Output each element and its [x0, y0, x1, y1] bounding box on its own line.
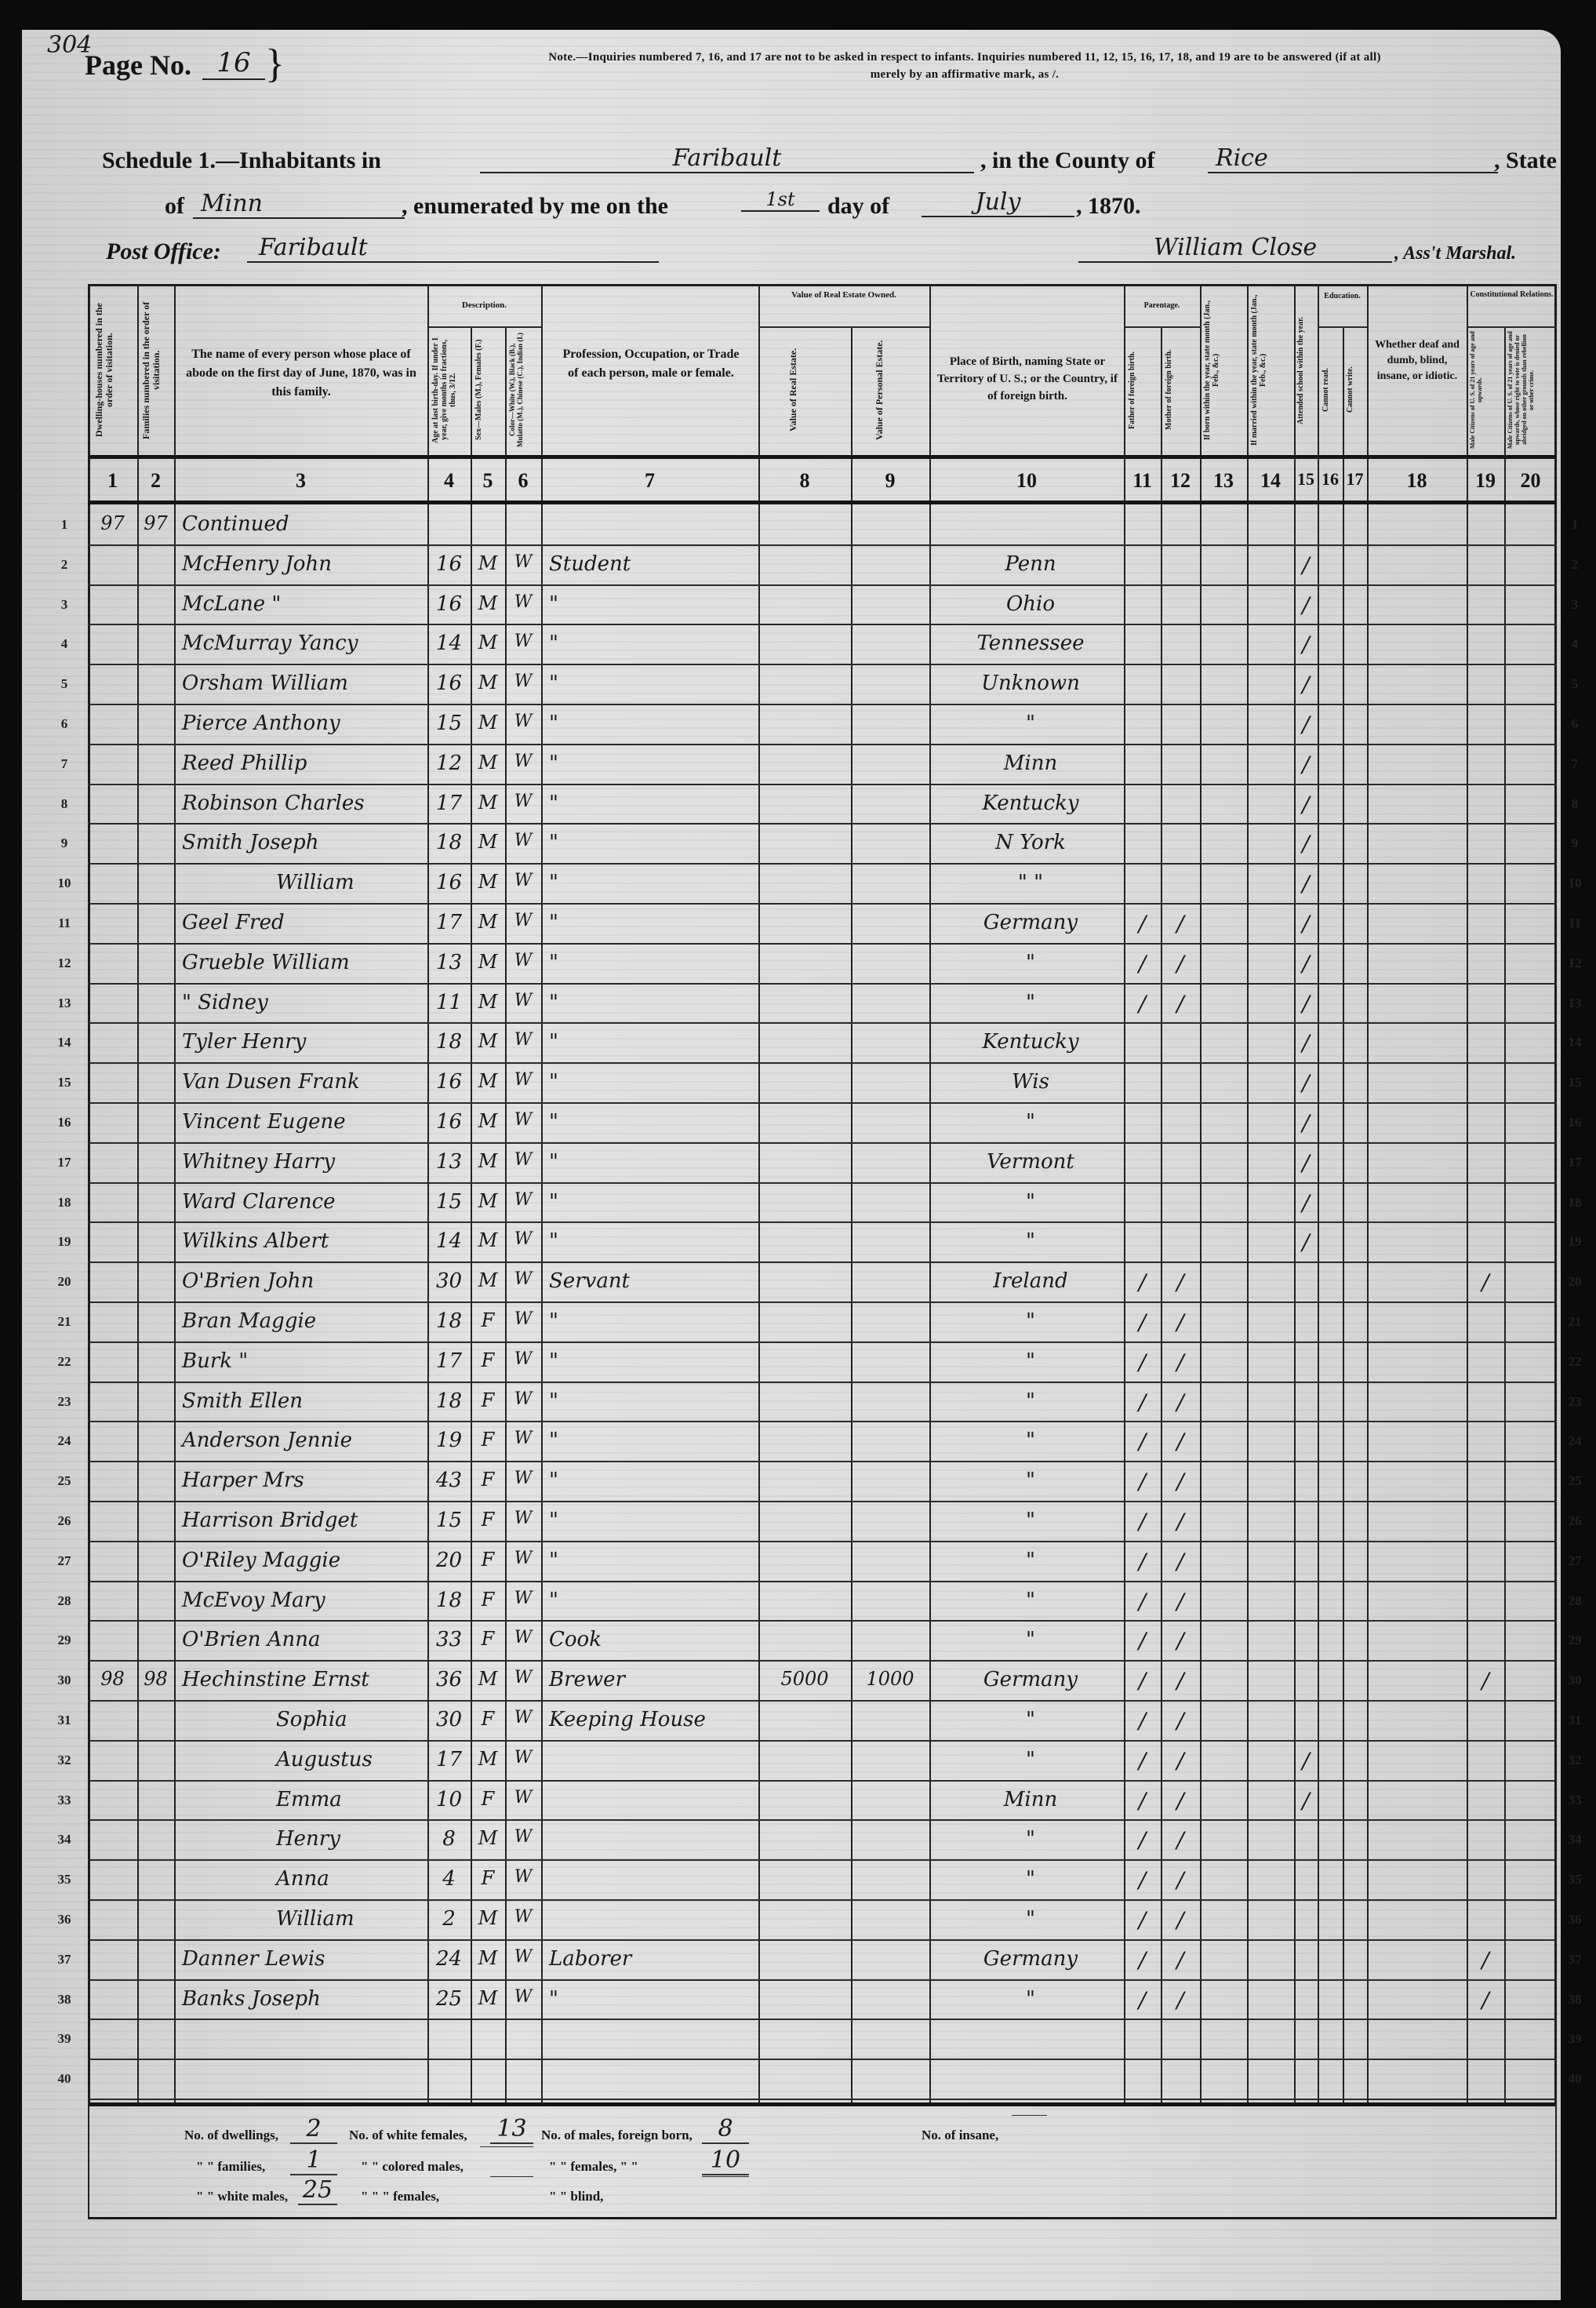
birthplace: " [937, 1827, 1124, 1851]
row-rule [88, 1382, 1557, 1383]
occupation: " [549, 951, 757, 974]
mother-foreign-mark: / [1161, 1708, 1200, 1734]
person-name: William [182, 1907, 425, 1931]
age: 18 [427, 1589, 471, 1612]
age: 30 [427, 1269, 471, 1293]
birthplace: " [937, 712, 1124, 735]
occupation: " [549, 1469, 757, 1492]
occupation: " [549, 991, 757, 1014]
white-females-label: No. of white females, [349, 2128, 467, 2143]
age: 24 [427, 1947, 471, 1971]
age: 4 [427, 1867, 471, 1891]
age: 17 [427, 1748, 471, 1771]
school-mark: / [1294, 1150, 1318, 1176]
person-name: Grueble William [182, 951, 425, 974]
color: W [505, 1907, 541, 1927]
col-num-3: 3 [174, 469, 427, 493]
occupation: " [549, 831, 757, 854]
school-mark: / [1294, 1190, 1318, 1216]
colored-males-value [480, 2146, 533, 2147]
father-foreign-mark: / [1124, 1349, 1161, 1375]
line-number: 10 [1559, 876, 1591, 891]
occupation: Cook [549, 1628, 757, 1651]
col-header-4: Age at last birth-day. If under 1 year, … [431, 331, 467, 449]
mother-foreign-mark: / [1161, 1269, 1200, 1295]
line-number: 33 [1559, 1793, 1591, 1808]
birthplace: " [937, 1509, 1124, 1532]
birthplace: " [937, 1748, 1124, 1771]
age: 18 [427, 1030, 471, 1054]
mother-foreign-mark: / [1161, 1429, 1200, 1454]
line-number: 2 [1559, 557, 1591, 573]
row-rule [88, 1581, 1557, 1582]
sex: M [471, 592, 505, 614]
row-rule [88, 1979, 1557, 1981]
color: W [505, 1269, 541, 1289]
school-mark: / [1294, 712, 1318, 737]
white-females-value: 13 [490, 2115, 533, 2144]
line-number: 36 [1559, 1912, 1591, 1928]
sex: M [471, 831, 505, 853]
line-number: 15 [49, 1075, 80, 1090]
row-rule [88, 1541, 1557, 1542]
instructions-line-2: merely by an affirmative mark, as /. [388, 66, 1541, 83]
sex: M [471, 552, 505, 574]
line-number: 9 [49, 835, 80, 851]
line-number: 4 [49, 636, 80, 652]
school-mark: / [1294, 792, 1318, 817]
line-number: 17 [1559, 1155, 1591, 1170]
page-bottom-rule [88, 2217, 1557, 2219]
line-number: 37 [49, 1952, 80, 1968]
occupation: " [549, 1030, 757, 1054]
sex: M [471, 632, 505, 653]
color: W [505, 1349, 541, 1369]
col-num-8: 8 [758, 469, 851, 493]
col-header-9: Value of Personal Estate. [874, 331, 906, 449]
sex: M [471, 1070, 505, 1092]
sex: F [471, 1867, 505, 1889]
schedule-label: Schedule 1.—Inhabitants in [102, 147, 381, 174]
color: W [505, 1429, 541, 1448]
line-number: 26 [1559, 1513, 1591, 1529]
school-mark: / [1294, 1110, 1318, 1136]
row-rule [88, 1062, 1557, 1064]
line-number: 32 [1559, 1753, 1591, 1768]
age: 16 [427, 1110, 471, 1134]
line-number: 29 [49, 1633, 80, 1648]
father-foreign-mark: / [1124, 1668, 1161, 1694]
occupation: " [549, 1389, 757, 1413]
line-number: 39 [1559, 2031, 1591, 2047]
occupation: " [549, 592, 757, 616]
school-mark: / [1294, 1748, 1318, 1774]
row-rule [88, 2059, 1557, 2060]
col-num-9: 9 [851, 469, 929, 493]
line-number: 13 [1559, 996, 1591, 1011]
sex: M [471, 1269, 505, 1291]
age: 14 [427, 632, 471, 655]
birthplace: " [937, 1429, 1124, 1452]
row-rule [88, 544, 1557, 546]
year-label: , 1870. [1076, 193, 1141, 220]
school-mark: / [1294, 1788, 1318, 1814]
occupation: " [549, 1349, 757, 1373]
instructions: Note.—Inquiries numbered 7, 16, and 17 a… [388, 49, 1541, 83]
line-number: 31 [49, 1713, 80, 1728]
mother-foreign-mark: / [1161, 1549, 1200, 1574]
line-number: 33 [49, 1793, 80, 1808]
age: 16 [427, 672, 471, 695]
line-number: 9 [1559, 835, 1591, 851]
sex: F [471, 1389, 505, 1411]
families-value: 1 [290, 2146, 337, 2175]
birthplace: N York [937, 831, 1124, 854]
family-number: 97 [137, 512, 174, 534]
col-num-2: 2 [137, 469, 174, 493]
real-estate-value: 5000 [758, 1668, 851, 1690]
school-mark: / [1294, 1030, 1318, 1056]
column-divider [1343, 328, 1344, 2106]
col-num-1: 1 [88, 469, 137, 493]
group-rule [1124, 326, 1200, 328]
color: W [505, 1628, 541, 1647]
mother-foreign-mark: / [1161, 1469, 1200, 1494]
sex: M [471, 1190, 505, 1212]
col-num-7: 7 [541, 469, 758, 493]
line-number: 11 [49, 916, 80, 931]
birthplace: " [937, 1867, 1124, 1891]
row-rule [88, 863, 1557, 865]
sex: M [471, 991, 505, 1013]
mother-foreign-mark: / [1161, 1867, 1200, 1893]
color: W [505, 1867, 541, 1887]
birthplace: " [937, 1110, 1124, 1134]
line-number: 35 [1559, 1872, 1591, 1888]
line-number: 6 [49, 716, 80, 732]
citizen-mark: / [1467, 1668, 1504, 1694]
birthplace: Kentucky [937, 1030, 1124, 1054]
birthplace: " [937, 991, 1124, 1014]
age: 20 [427, 1549, 471, 1572]
col-num-10: 10 [929, 469, 1124, 493]
person-name: McHenry John [182, 552, 425, 576]
birthplace: Vermont [937, 1150, 1124, 1174]
line-number: 34 [1559, 1832, 1591, 1847]
mother-foreign-mark: / [1161, 1349, 1200, 1375]
day-field: 1st [741, 188, 820, 212]
row-rule [88, 1261, 1557, 1263]
row-rule [88, 903, 1557, 905]
father-foreign-mark: / [1124, 951, 1161, 977]
sex: M [471, 1907, 505, 1929]
sex: F [471, 1708, 505, 1730]
marshal-name: William Close [1078, 234, 1392, 263]
color: W [505, 1987, 541, 2007]
col-num-12: 12 [1161, 469, 1200, 493]
line-number: 12 [1559, 956, 1591, 971]
age: 43 [427, 1469, 471, 1492]
color: W [505, 1110, 541, 1130]
dwellings-label: No. of dwellings, [184, 2128, 278, 2143]
col-num-18: 18 [1367, 469, 1467, 493]
line-number: 18 [1559, 1195, 1591, 1210]
state-label: , State [1494, 147, 1557, 174]
color: W [505, 1229, 541, 1249]
birthplace: Tennessee [937, 632, 1124, 655]
occupation: " [549, 1150, 757, 1174]
line-number: 20 [49, 1274, 80, 1290]
row-rule [88, 1102, 1557, 1104]
group-rule [1318, 326, 1367, 328]
line-number: 30 [1559, 1673, 1591, 1688]
group-rule [427, 326, 541, 328]
occupation: Servant [549, 1269, 757, 1293]
age: 25 [427, 1987, 471, 2011]
age: 10 [427, 1788, 471, 1811]
sex: M [471, 752, 505, 774]
row-rule [88, 1620, 1557, 1622]
color: W [505, 991, 541, 1010]
color: W [505, 552, 541, 572]
color: W [505, 1150, 541, 1170]
col-header-19: Male Citizens of U. S. of 21 years of ag… [1469, 331, 1502, 449]
person-name: Harrison Bridget [182, 1509, 425, 1532]
column-divider [1247, 284, 1249, 2106]
line-number: 32 [49, 1753, 80, 1768]
person-name: Reed Phillip [182, 752, 425, 775]
line-number: 5 [1559, 676, 1591, 692]
mother-foreign-mark: / [1161, 1987, 1200, 2013]
family-number: 98 [137, 1668, 174, 1690]
age: 18 [427, 1309, 471, 1333]
header-rule [88, 455, 1557, 459]
column-divider [758, 284, 760, 2106]
line-number: 23 [49, 1394, 80, 1410]
color: W [505, 1389, 541, 1409]
color: W [505, 752, 541, 771]
age: 17 [427, 792, 471, 815]
color: W [505, 632, 541, 651]
father-foreign-mark: / [1124, 1269, 1161, 1295]
col-num-15: 15 [1294, 469, 1318, 490]
row-rule [88, 664, 1557, 665]
occupation: Brewer [549, 1668, 757, 1691]
color: W [505, 592, 541, 612]
sex: M [471, 1827, 505, 1849]
person-name: Danner Lewis [182, 1947, 425, 1971]
line-number: 25 [1559, 1473, 1591, 1489]
brace-glyph: } [265, 41, 285, 87]
person-name: McLane " [182, 592, 425, 616]
line-number: 5 [49, 676, 80, 692]
line-number: 21 [1559, 1314, 1591, 1330]
occupation: " [549, 792, 757, 815]
birthplace: " [937, 1229, 1124, 1253]
age: 13 [427, 1150, 471, 1174]
line-number: 10 [49, 876, 80, 891]
sex: M [471, 1030, 505, 1052]
color: W [505, 911, 541, 930]
col-num-13: 13 [1200, 469, 1247, 493]
line-number: 22 [49, 1354, 80, 1370]
insane-label: No. of insane, [922, 2128, 998, 2143]
foreign-males-value: 8 [702, 2115, 749, 2144]
occupation: " [549, 1190, 757, 1214]
birthplace: " [937, 1469, 1124, 1492]
column-number-rule [88, 501, 1557, 504]
mother-foreign-mark: / [1161, 1947, 1200, 1973]
line-number: 31 [1559, 1713, 1591, 1728]
occupation: " [549, 1589, 757, 1612]
birthplace: " [937, 1907, 1124, 1931]
row-rule [88, 624, 1557, 625]
occupation: " [549, 632, 757, 655]
line-number: 24 [49, 1433, 80, 1449]
line-number: 4 [1559, 636, 1591, 652]
person-name: Whitney Harry [182, 1150, 425, 1174]
line-number: 12 [49, 956, 80, 971]
person-name: O'Brien John [182, 1269, 425, 1293]
col-num-16: 16 [1318, 469, 1343, 490]
row-rule [88, 983, 1557, 985]
col-num-4: 4 [427, 469, 471, 493]
person-name: Augustus [182, 1748, 425, 1771]
column-divider [1504, 328, 1506, 2106]
column-divider [137, 284, 139, 2106]
person-name: Harper Mrs [182, 1469, 425, 1492]
line-number: 16 [1559, 1115, 1591, 1130]
school-mark: / [1294, 1229, 1318, 1255]
occupation: " [549, 1229, 757, 1253]
color: W [505, 1788, 541, 1807]
row-rule [88, 1182, 1557, 1184]
person-name: Vincent Eugene [182, 1110, 425, 1134]
person-name: McMurray Yancy [182, 632, 425, 655]
col-header-8: Value of Real Estate. [788, 331, 820, 449]
page-number-label: Page No. [85, 49, 191, 82]
sex: M [471, 1150, 505, 1172]
line-number: 35 [49, 1872, 80, 1888]
line-number: 36 [49, 1912, 80, 1928]
col-header-5: Sex—Males (M.), Females (F.) [474, 331, 503, 449]
birthplace: " " [937, 871, 1124, 894]
column-divider [929, 284, 931, 2106]
sex: M [471, 911, 505, 933]
sex: F [471, 1628, 505, 1650]
group-header-education: Education. [1319, 292, 1365, 301]
occupation: " [549, 1509, 757, 1532]
col-num-17: 17 [1343, 469, 1367, 490]
school-mark: / [1294, 632, 1318, 657]
row-rule [88, 1221, 1557, 1223]
birthplace: " [937, 1987, 1124, 2011]
birthplace: Minn [937, 1788, 1124, 1811]
mother-foreign-mark: / [1161, 911, 1200, 937]
col-num-6: 6 [505, 469, 541, 493]
age: 36 [427, 1668, 471, 1691]
age: 15 [427, 1509, 471, 1532]
birthplace: " [937, 1628, 1124, 1651]
colored-females-value [490, 2176, 533, 2177]
personal-estate-value: 1000 [851, 1668, 929, 1690]
occupation: Laborer [549, 1947, 757, 1971]
father-foreign-mark: / [1124, 1827, 1161, 1853]
line-number: 3 [1559, 597, 1591, 613]
color: W [505, 1469, 541, 1488]
col-header-12: Mother of foreign birth. [1164, 331, 1197, 449]
place-field: Faribault [480, 144, 974, 173]
row-rule [88, 2019, 1557, 2020]
sex: M [471, 672, 505, 693]
age: 30 [427, 1708, 471, 1731]
sex: M [471, 1987, 505, 2009]
mother-foreign-mark: / [1161, 1907, 1200, 1933]
birthplace: Minn [937, 752, 1124, 775]
group-rule [758, 326, 929, 328]
school-mark: / [1294, 592, 1318, 618]
blind-label: " " blind, [549, 2189, 603, 2204]
white-males-label: " " white males, [196, 2189, 288, 2204]
foreign-females-value: 10 [702, 2146, 749, 2175]
person-name: Tyler Henry [182, 1030, 425, 1054]
col-header-15: Attended school within the year. [1296, 292, 1316, 449]
day-of-label: day of [827, 193, 889, 220]
column-divider [541, 284, 543, 2106]
birthplace: Germany [937, 1668, 1124, 1691]
sex: F [471, 1589, 505, 1611]
school-mark: / [1294, 911, 1318, 937]
line-number: 39 [49, 2031, 80, 2047]
person-name: Anderson Jennie [182, 1429, 425, 1452]
group-header-parentage: Parentage. [1125, 298, 1198, 313]
occupation: " [549, 1987, 757, 2011]
row-rule [88, 1501, 1557, 1502]
row-rule [88, 1939, 1557, 1941]
person-name: Wilkins Albert [182, 1229, 425, 1253]
mother-foreign-mark: / [1161, 1748, 1200, 1774]
sex: M [471, 1668, 505, 1690]
blind-value [702, 2176, 749, 2177]
person-name: Hechinstine Ernst [182, 1668, 425, 1691]
color: W [505, 1589, 541, 1608]
birthplace: Wis [937, 1070, 1124, 1094]
mother-foreign-mark: / [1161, 1827, 1200, 1853]
line-number: 7 [1559, 756, 1591, 772]
line-number: 16 [49, 1115, 80, 1130]
dwellings-value: 2 [290, 2115, 337, 2144]
school-mark: / [1294, 991, 1318, 1017]
person-name: Ward Clarence [182, 1190, 425, 1214]
column-divider [1367, 284, 1369, 2106]
column-divider [1467, 284, 1468, 2106]
color: W [505, 1708, 541, 1727]
color: W [505, 1549, 541, 1568]
line-number: 25 [49, 1473, 80, 1489]
column-divider [851, 328, 853, 2106]
row-rule [88, 1740, 1557, 1742]
birthplace: " [937, 1190, 1124, 1214]
person-name: Van Dusen Frank [182, 1070, 425, 1094]
color: W [505, 792, 541, 811]
birthplace: " [937, 1589, 1124, 1612]
birthplace: Kentucky [937, 792, 1124, 815]
row-rule [88, 1859, 1557, 1861]
father-foreign-mark: / [1124, 1389, 1161, 1415]
school-mark: / [1294, 871, 1318, 897]
col-header-1: Dwelling-houses numbered in the order of… [94, 292, 133, 449]
line-number: 13 [49, 996, 80, 1011]
